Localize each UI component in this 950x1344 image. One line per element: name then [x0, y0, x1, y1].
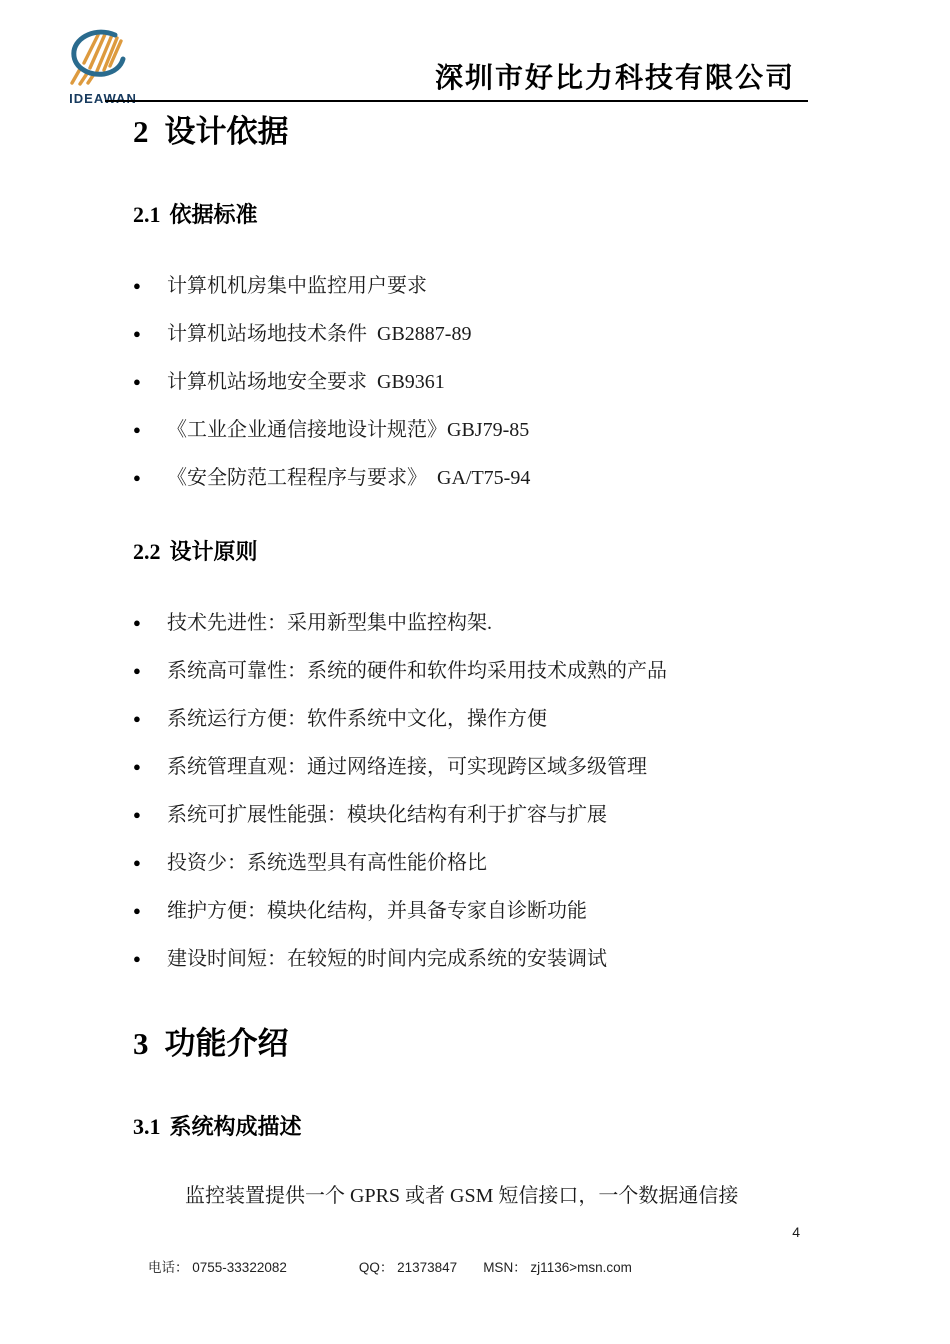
- list-item-text: 《安全防范工程程序与要求》 GA/T75-94: [167, 467, 530, 489]
- section-number: 3: [133, 1026, 149, 1061]
- footer-qq: QQ： 21373847: [359, 1260, 457, 1275]
- list-item: ●计算机机房集中监控用户要求: [133, 273, 825, 299]
- list-item: ●系统运行方便：软件系统中文化，操作方便: [133, 706, 825, 732]
- list-item: ●计算机站场地安全要求 GB9361: [133, 369, 825, 395]
- list-item: ●《安全防范工程程序与要求》 GA/T75-94: [133, 465, 825, 491]
- bullet-icon: ●: [133, 658, 167, 684]
- heading-section-3: 3功能介绍: [133, 1024, 825, 1064]
- logo-wordmark: IDEAWAN: [62, 91, 144, 106]
- section-title: 设计依据: [165, 114, 289, 149]
- bullet-icon: ●: [133, 369, 167, 395]
- footer-phone: 电话： 0755-33322082: [148, 1260, 287, 1275]
- bullet-icon: ●: [133, 754, 167, 780]
- list-item: ●维护方便：模块化结构，并具备专家自诊断功能: [133, 898, 825, 924]
- header-divider: [105, 100, 808, 102]
- list-item: ●建设时间短：在较短的时间内完成系统的安装调试: [133, 946, 825, 972]
- list-item-text: 投资少：系统选型具有高性能价格比: [167, 852, 487, 874]
- bullet-icon: ●: [133, 898, 167, 924]
- section-title: 功能介绍: [165, 1026, 289, 1061]
- list-item-text: 计算机站场地安全要求 GB9361: [167, 371, 445, 393]
- company-name: 深圳市好比力科技有限公司: [435, 56, 795, 96]
- heading-section-3-1: 3.1系统构成描述: [133, 1112, 825, 1141]
- heading-section-2: 2设计依据: [133, 112, 825, 152]
- list-item: ●计算机站场地技术条件 GB2887-89: [133, 321, 825, 347]
- list-item-text: 系统运行方便：软件系统中文化，操作方便: [167, 708, 547, 730]
- bullet-icon: ●: [133, 850, 167, 876]
- list-item-text: 计算机机房集中监控用户要求: [167, 275, 427, 297]
- bullet-icon: ●: [133, 802, 167, 828]
- list-item: ●投资少：系统选型具有高性能价格比: [133, 850, 825, 876]
- list-item-text: 技术先进性：采用新型集中监控构架.: [167, 612, 492, 634]
- bullet-icon: ●: [133, 321, 167, 347]
- list-item-text: 系统可扩展性能强：模块化结构有利于扩容与扩展: [167, 804, 607, 826]
- bullet-icon: ●: [133, 946, 167, 972]
- document-body: 2设计依据 2.1依据标准 ●计算机机房集中监控用户要求 ●计算机站场地技术条件…: [133, 103, 825, 1211]
- document-page: IDEAWAN 深圳市好比力科技有限公司 2设计依据 2.1依据标准 ●计算机机…: [0, 0, 950, 1344]
- list-item: ●系统可扩展性能强：模块化结构有利于扩容与扩展: [133, 802, 825, 828]
- list-item-text: 计算机站场地技术条件 GB2887-89: [167, 323, 471, 345]
- section-number: 2.1: [133, 202, 161, 227]
- bullet-icon: ●: [133, 706, 167, 732]
- list-item-text: 《工业企业通信接地设计规范》GBJ79-85: [167, 419, 529, 441]
- section-number: 3.1: [133, 1114, 161, 1139]
- list-item: ●系统高可靠性：系统的硬件和软件均采用技术成熟的产品: [133, 658, 825, 684]
- heading-section-2-1: 2.1依据标准: [133, 200, 825, 229]
- page-number: 4: [792, 1224, 800, 1240]
- section-number: 2.2: [133, 539, 161, 564]
- body-paragraph: 监控装置提供一个 GPRS 或者 GSM 短信接口，一个数据通信接: [133, 1181, 825, 1211]
- principles-list: ●技术先进性：采用新型集中监控构架. ●系统高可靠性：系统的硬件和软件均采用技术…: [133, 610, 825, 972]
- list-item: ●《工业企业通信接地设计规范》GBJ79-85: [133, 417, 825, 443]
- page-footer: 电话： 0755-33322082QQ： 21373847MSN： zj1136…: [133, 1241, 632, 1291]
- section-title: 设计原则: [170, 539, 258, 564]
- list-item-text: 维护方便：模块化结构，并具备专家自诊断功能: [167, 900, 587, 922]
- company-logo: IDEAWAN: [62, 26, 144, 106]
- bullet-icon: ●: [133, 417, 167, 443]
- heading-section-2-2: 2.2设计原则: [133, 537, 825, 566]
- logo-swoosh-icon: [63, 26, 143, 88]
- footer-msn: MSN： zj1136>msn.com: [483, 1260, 632, 1275]
- list-item-text: 系统高可靠性：系统的硬件和软件均采用技术成熟的产品: [167, 660, 667, 682]
- section-number: 2: [133, 114, 149, 149]
- list-item-text: 建设时间短：在较短的时间内完成系统的安装调试: [167, 948, 607, 970]
- standards-list: ●计算机机房集中监控用户要求 ●计算机站场地技术条件 GB2887-89 ●计算…: [133, 273, 825, 491]
- section-title: 系统构成描述: [170, 1114, 302, 1139]
- section-title: 依据标准: [170, 202, 258, 227]
- bullet-icon: ●: [133, 610, 167, 636]
- bullet-icon: ●: [133, 273, 167, 299]
- list-item-text: 系统管理直观：通过网络连接，可实现跨区域多级管理: [167, 756, 647, 778]
- list-item: ●系统管理直观：通过网络连接，可实现跨区域多级管理: [133, 754, 825, 780]
- list-item: ●技术先进性：采用新型集中监控构架.: [133, 610, 825, 636]
- bullet-icon: ●: [133, 465, 167, 491]
